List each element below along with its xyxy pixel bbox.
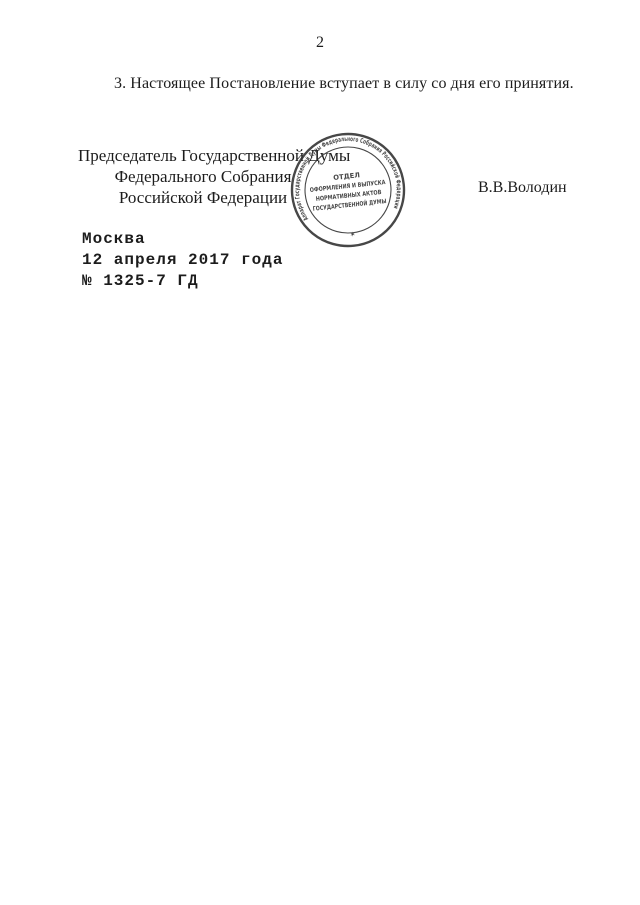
- document-page: 2 3. Настоящее Постановление вступает в …: [0, 0, 640, 905]
- issuance-city: Москва: [82, 229, 283, 250]
- signatory-name: В.В.Володин: [478, 179, 567, 197]
- stamp-star-icon: ✶: [349, 230, 356, 239]
- issuance-number: № 1325-7 ГД: [82, 271, 283, 292]
- issuance-block: Москва 12 апреля 2017 года № 1325-7 ГД: [82, 229, 283, 291]
- paragraph-clause-3: 3. Настоящее Постановление вступает в си…: [114, 75, 574, 93]
- official-round-stamp: Аппарат Государственной Думы Федеральног…: [282, 124, 414, 256]
- page-number: 2: [0, 34, 640, 52]
- issuance-date: 12 апреля 2017 года: [82, 250, 283, 271]
- stamp-center-line-1: ОТДЕЛ: [333, 171, 361, 182]
